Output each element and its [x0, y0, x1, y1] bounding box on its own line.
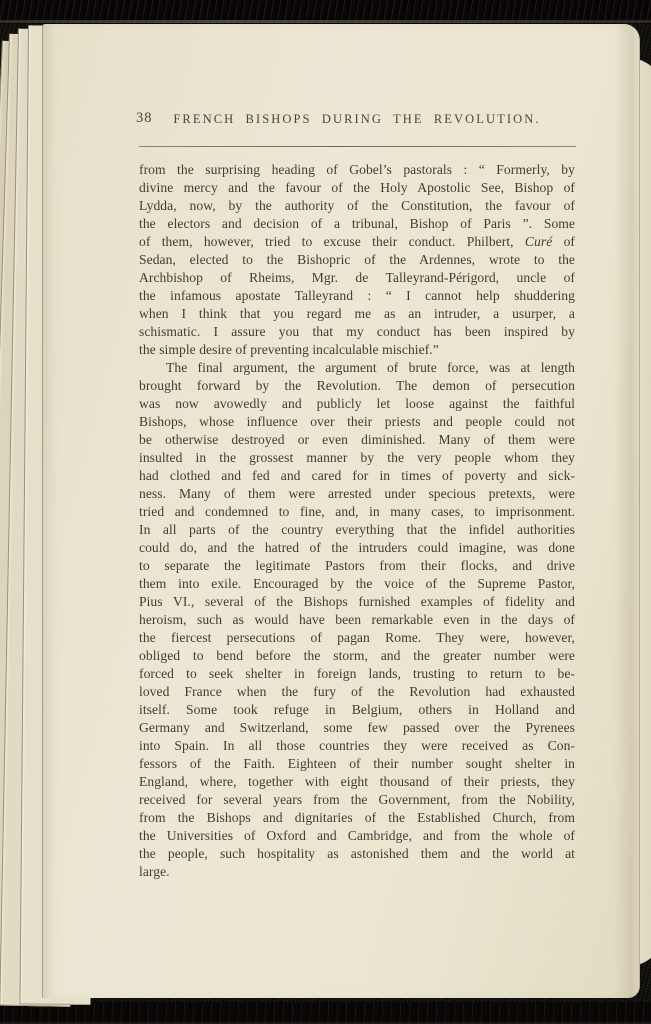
text-line: Archbishop of Rheims, Mgr. de Talleyrand…	[139, 269, 575, 287]
text-line: loved France when the fury of the Revolu…	[139, 683, 575, 701]
text-line: into Spain. In all those countries they …	[139, 737, 575, 755]
text-line: from the Bishops and dignitaries of the …	[139, 809, 575, 827]
book-cover-bottom-band	[0, 1002, 651, 1024]
text-line: ness. Many of them were arrested under s…	[139, 485, 575, 503]
text-line: Lydda, now, by the authority of the Cons…	[139, 197, 575, 215]
text-line: the Universities of Oxford and Cambridge…	[139, 827, 575, 845]
text-line: itself. Some took refuge in Belgium, oth…	[139, 701, 575, 719]
text-line: forced to seek shelter in foreign lands,…	[139, 665, 575, 683]
text-line: fessors of the Faith. Eighteen of their …	[139, 755, 575, 773]
text-line: England, where, together with eight thou…	[139, 773, 575, 791]
text-line: the simple desire of preventing incalcul…	[139, 341, 575, 359]
cover-edge-ridge	[0, 20, 651, 23]
text-line: when I think that you regard me as an in…	[139, 305, 575, 323]
text-line: received for several years from the Gove…	[139, 791, 575, 809]
text-line: had clothed and fed and cared for in tim…	[139, 467, 575, 485]
page-curl-shadow	[613, 24, 639, 998]
text-line: was now avowedly and publicly let loose …	[139, 395, 575, 413]
text-line: the fiercest persecutions of pagan Rome.…	[139, 629, 575, 647]
text-line: them into exile. Encouraged by the voice…	[139, 575, 575, 593]
text-line: Pius VI., several of the Bishops furnish…	[139, 593, 575, 611]
text-line: to separate the legitimate Pastors from …	[139, 557, 575, 575]
book-page: 38 FRENCH BISHOPS DURING THE REVOLUTION.…	[42, 24, 640, 998]
text-line: be otherwise destroyed or even diminishe…	[139, 431, 575, 449]
text-line: The final argument, the argument of brut…	[139, 359, 575, 377]
text-line: the electors and decision of a tribunal,…	[139, 215, 575, 233]
paragraph: from the surprising heading of Gobel’s p…	[139, 161, 575, 359]
text-line: obliged to bend before the storm, and th…	[139, 647, 575, 665]
text-line: In all parts of the country everything t…	[139, 521, 575, 539]
text-line: could do, and the hatred of the intruder…	[139, 539, 575, 557]
text-line: heroism, such as would have been remarka…	[139, 611, 575, 629]
text-line: the people, such hospitality as astonish…	[139, 845, 575, 863]
text-line: schismatic. I assure you that my conduct…	[139, 323, 575, 341]
text-line: of them, however, tried to excuse their …	[139, 233, 575, 251]
text-line: Sedan, elected to the Bishopric of the A…	[139, 251, 575, 269]
text-line: Germany and Switzerland, some few passed…	[139, 719, 575, 737]
header-rule	[139, 146, 576, 147]
text-line: tried and condemned to fine, and, in man…	[139, 503, 575, 521]
text-line: the infamous apostate Talleyrand : “ I c…	[139, 287, 575, 305]
text-block: from the surprising heading of Gobel’s p…	[139, 161, 575, 881]
text-line: divine mercy and the favour of the Holy …	[139, 179, 575, 197]
running-header: FRENCH BISHOPS DURING THE REVOLUTION.	[139, 112, 575, 127]
paragraph: The final argument, the argument of brut…	[139, 359, 575, 881]
text-line: from the surprising heading of Gobel’s p…	[139, 161, 575, 179]
text-line: insulted in the grossest manner by the v…	[139, 449, 575, 467]
text-line: large.	[139, 863, 575, 881]
text-line: Bishops, whose influence over their prie…	[139, 413, 575, 431]
text-line: brought forward by the Revolution. The d…	[139, 377, 575, 395]
